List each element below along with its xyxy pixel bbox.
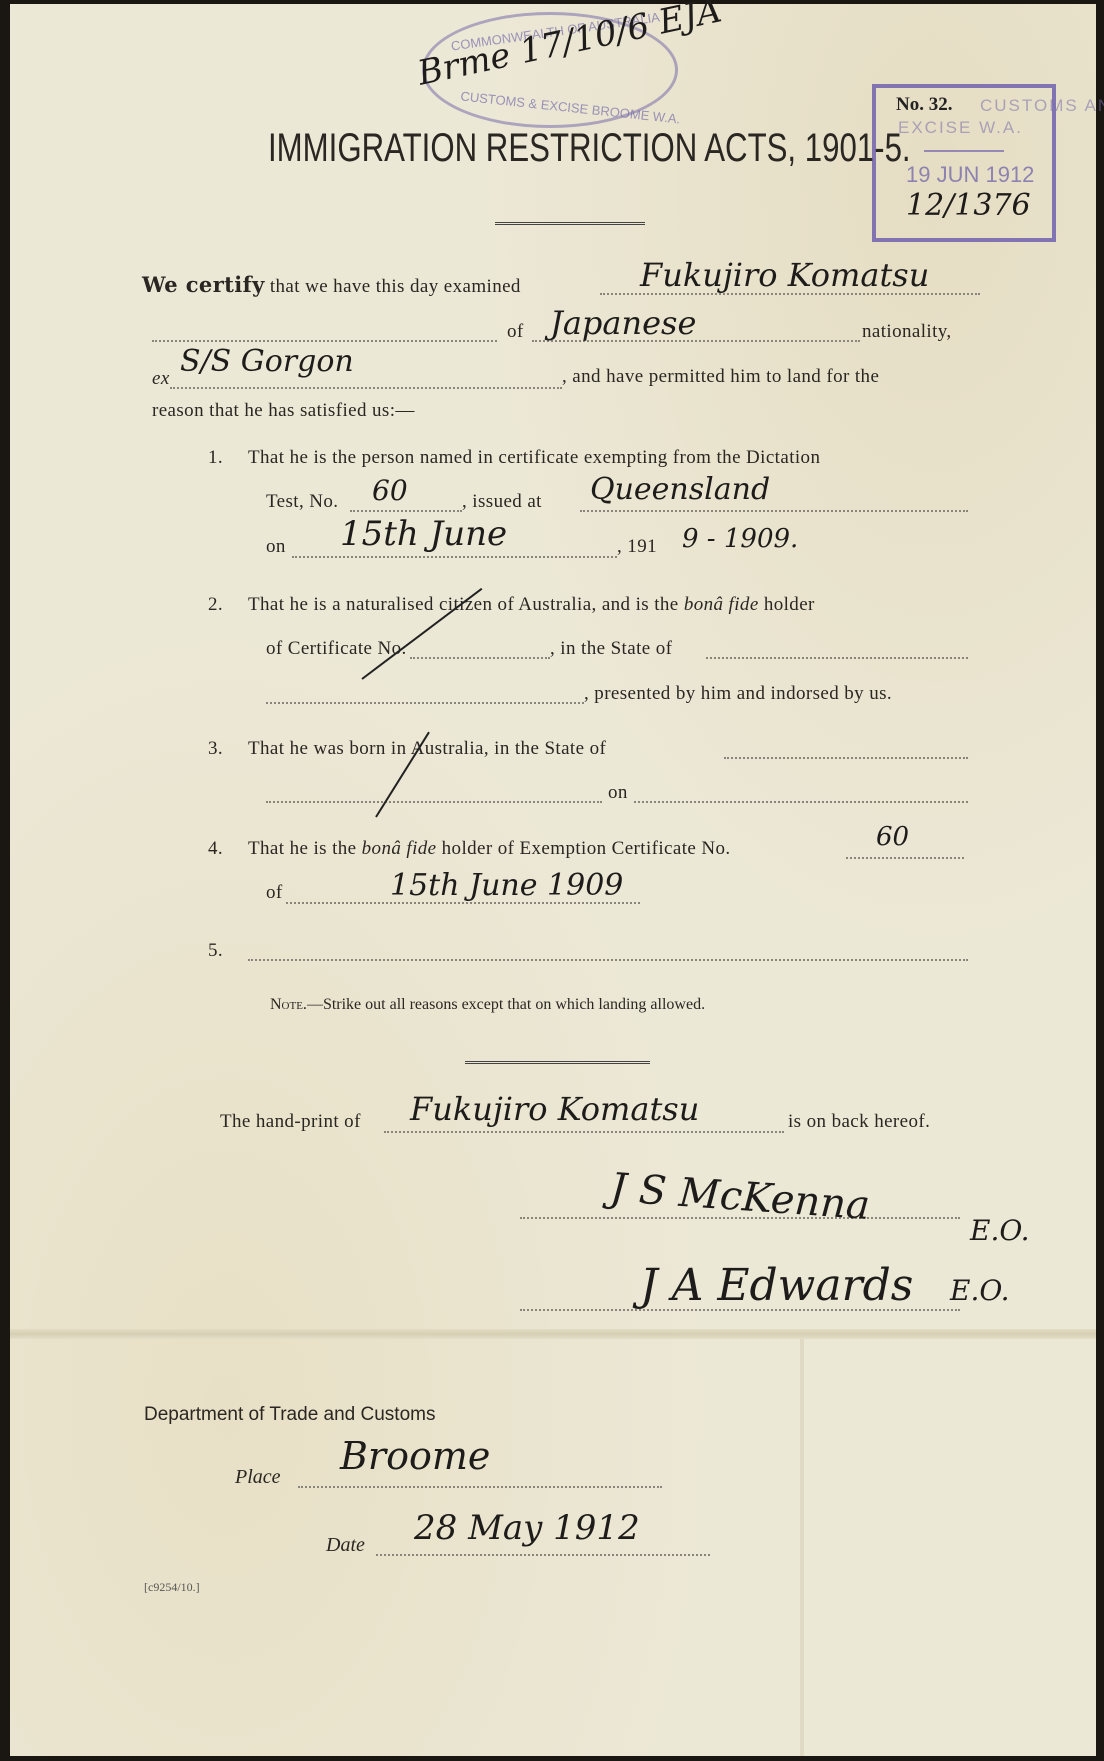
reason-3-line1: That he was born in Australia, in the St… — [248, 738, 606, 760]
note-rule — [465, 1061, 650, 1064]
bona-fide-italic: bonâ fide — [684, 594, 759, 615]
date-value: 28 May 1912 — [414, 1508, 640, 1548]
handprint-label: The hand-print of — [220, 1111, 361, 1133]
reason-4-number: 4. — [208, 838, 223, 860]
exemption-cert-no-field — [846, 857, 964, 859]
stamp-line2: EXCISE W.A. — [898, 118, 1023, 138]
reason-text: reason that he has satisfied us:— — [152, 400, 415, 422]
reason-3-number: 3. — [208, 738, 223, 760]
test-no-value: 60 — [372, 474, 408, 507]
presented-field — [266, 702, 584, 704]
bona-fide-italic: bonâ fide — [362, 838, 437, 859]
date-label: Date — [326, 1534, 365, 1557]
certify-text: that we have this day examined — [270, 276, 521, 297]
nationality-value: Japanese — [550, 304, 696, 342]
stamp-line1: CUSTOMS AND — [980, 96, 1104, 116]
reason-4-text-a: That he is the — [248, 838, 357, 859]
customs-box-stamp: No. 32. CUSTOMS AND EXCISE W.A. 19 JUN 1… — [872, 84, 1056, 242]
handprint-name-field — [384, 1131, 784, 1133]
issued-at-value: Queensland — [590, 472, 770, 507]
reason-2-text-b: holder — [764, 594, 815, 615]
of-label: of — [507, 321, 524, 343]
place-field — [298, 1486, 662, 1488]
department-name: Department of Trade and Customs — [144, 1404, 435, 1426]
stamp-number: No. 32. — [896, 94, 952, 116]
reason-2-text-a: That he is a naturalised citizen of Aust… — [248, 594, 679, 615]
reason-2-number: 2. — [208, 594, 223, 616]
test-no-field — [350, 510, 462, 512]
place-value: Broome — [340, 1434, 490, 1478]
handprint-name-value: Fukujiro Komatsu — [410, 1090, 699, 1128]
on-label: on — [266, 536, 286, 558]
handprint-suffix: is on back hereof. — [788, 1111, 930, 1133]
year-prefix: , 191 — [617, 536, 657, 558]
state-field — [706, 657, 968, 659]
on-date-field — [292, 556, 617, 558]
birth-state-field — [724, 757, 968, 759]
ex-label: ex — [152, 368, 170, 390]
nationality-label: nationality, — [862, 321, 952, 343]
test-no-label: Test, No. — [266, 491, 338, 513]
document-title: IMMIGRATION RESTRICTION ACTS, 1901-5. — [268, 126, 911, 171]
reason-2-line1: That he is a naturalised citizen of Aust… — [248, 594, 815, 616]
paper-fold-vertical — [800, 1339, 804, 1756]
permitted-text: , and have permitted him to land for the — [562, 366, 879, 388]
note-text: —Strike out all reasons except that on w… — [307, 996, 705, 1013]
signature-2-name: J A Edwards — [640, 1260, 913, 1311]
note-label: Note. — [270, 996, 307, 1013]
signature-1-name: J S McKenna — [609, 1165, 872, 1229]
stamp-date: 19 JUN 1912 — [906, 162, 1034, 188]
certificate-no-field — [410, 657, 550, 659]
exemption-cert-no-value: 60 — [876, 822, 909, 852]
birth-on-label: on — [608, 782, 628, 804]
form-code: [c9254/10.] — [144, 1580, 200, 1595]
reason-4-text-b: holder of Exemption Certificate No. — [442, 838, 731, 859]
paper-fold — [10, 1329, 1096, 1339]
reason-2-line2a: of Certificate No. — [266, 638, 407, 660]
place-label: Place — [235, 1466, 281, 1489]
reason-2-line2b: , in the State of — [550, 638, 672, 660]
signature-2-title: E.O. — [950, 1274, 1010, 1307]
ship-value: S/S Gorgon — [180, 344, 354, 379]
birth-place-field — [266, 801, 602, 803]
title-rule — [495, 222, 645, 225]
examined-name-value: Fukujiro Komatsu — [640, 256, 929, 294]
signature-1-title: E.O. — [970, 1214, 1030, 1247]
note: Note.—Strike out all reasons except that… — [270, 996, 705, 1014]
certify-gothic: We certify — [142, 272, 265, 297]
on-date-value: 15th June — [340, 514, 507, 554]
year-value: 9 - 1909. — [682, 524, 798, 554]
reason-5-number: 5. — [208, 940, 223, 962]
pre-of-dots — [152, 340, 497, 342]
reason-4-of-label: of — [266, 882, 283, 904]
certify-line: We certify that we have this day examine… — [142, 272, 521, 298]
birth-date-field — [634, 801, 968, 803]
reason-4-line1: That he is the bonâ fide holder of Exemp… — [248, 838, 731, 860]
date-field — [376, 1554, 710, 1556]
reason-2-line3: , presented by him and indorsed by us. — [584, 683, 892, 705]
ship-field — [170, 387, 562, 389]
exemption-date-value: 15th June 1909 — [390, 868, 623, 903]
issued-at-field — [580, 510, 968, 512]
reason-1-line1: That he is the person named in certifica… — [248, 447, 820, 469]
issued-label: , issued at — [462, 491, 542, 513]
reason-5-field — [248, 959, 968, 961]
stamp-divider — [924, 150, 1004, 152]
stamp-reference: 12/1376 — [906, 188, 1031, 223]
certificate-document: COMMONWEALTH OF AUSTRALIA CUSTOMS & EXCI… — [10, 4, 1096, 1756]
reason-1-number: 1. — [208, 447, 223, 469]
